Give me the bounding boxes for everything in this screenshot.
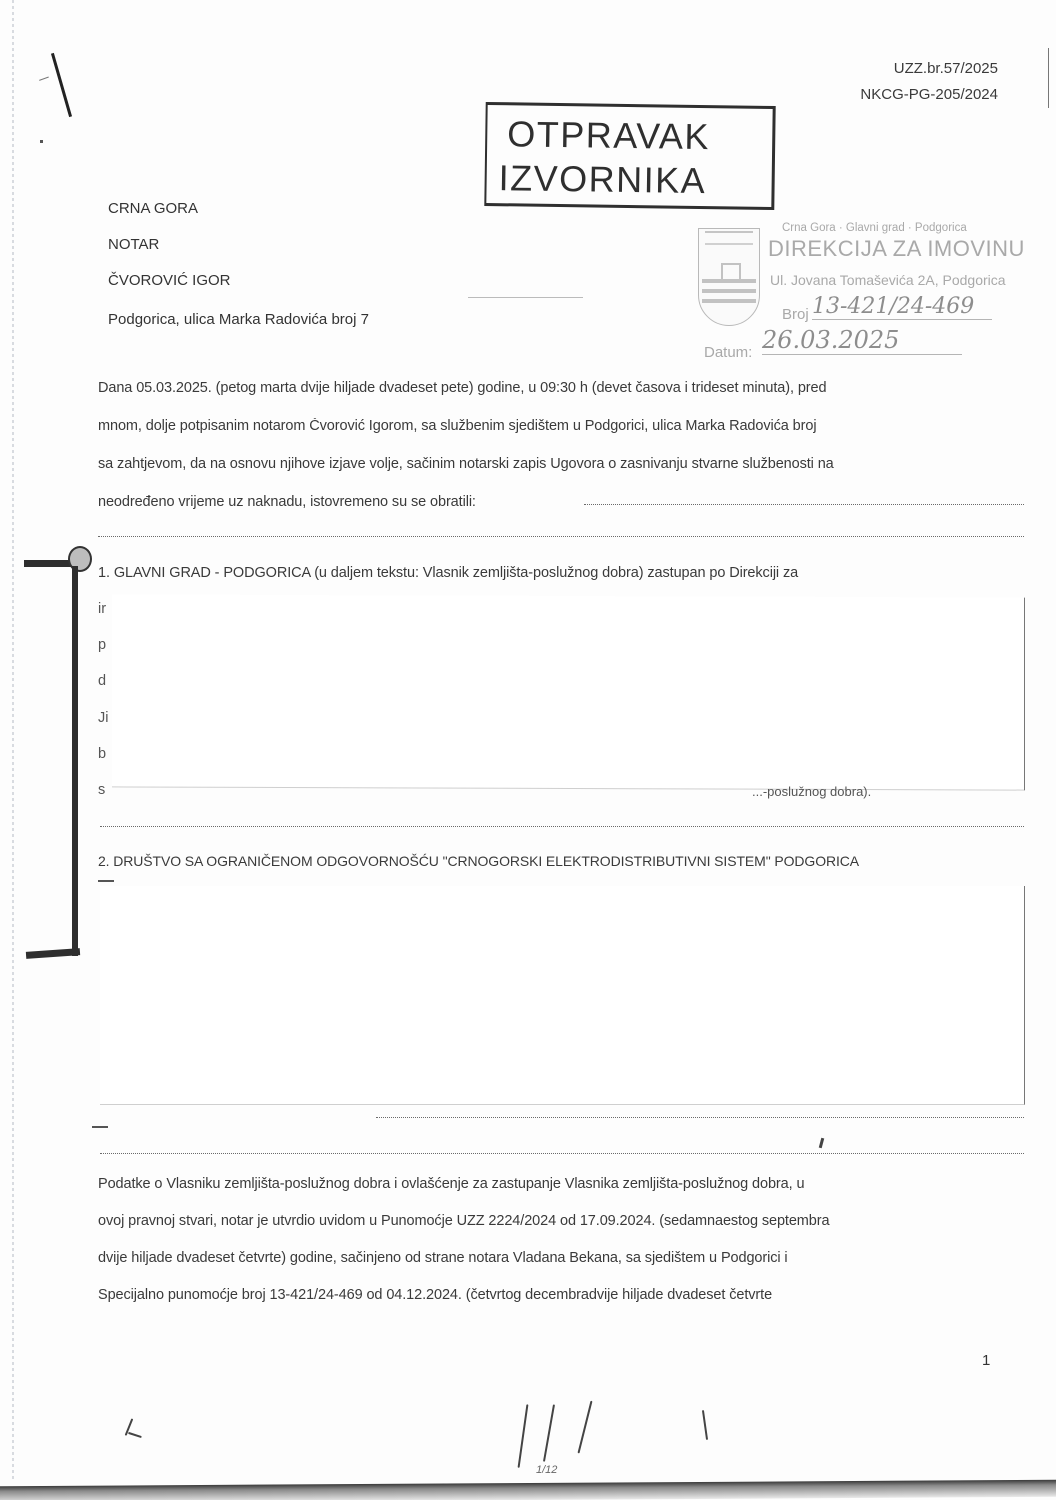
closing-line-4: Specijalno punomoćje broj 13-421/24-469 …	[98, 1287, 1056, 1303]
scan-speck	[40, 140, 43, 143]
intro-line-4: neodređeno vrijeme uz naknadu, istovreme…	[98, 494, 476, 510]
party-2-heading: 2. DRUŠTVO SA OGRANIČENOM ODGOVORNOŠĆU "…	[98, 853, 1056, 869]
receipt-date-label: Datum:	[704, 344, 752, 361]
header-country: CRNA GORA	[108, 200, 198, 217]
header-title: NOTAR	[108, 236, 159, 253]
receipt-number-handwritten: 13-421/24-469	[812, 294, 992, 320]
handwritten-stroke	[51, 53, 72, 117]
dotted-separator	[98, 536, 1024, 537]
page-number: 1	[982, 1352, 990, 1369]
signature-stroke	[543, 1404, 555, 1461]
receipt-date-handwritten: 26.03.2025	[762, 326, 962, 355]
initial-mark	[702, 1410, 708, 1440]
party-1-line-end: ...-poslužnog dobra).	[752, 784, 871, 799]
party-1-line-fragment: Ji	[98, 710, 108, 726]
case-reference: UZZ.br.57/2025	[894, 60, 998, 77]
binder-clip-spine	[72, 566, 78, 956]
binder-clip-top	[24, 560, 72, 567]
binder-clip-bottom	[26, 948, 80, 959]
dash-mark	[98, 880, 114, 882]
dotted-fill	[584, 504, 1024, 505]
signature-stroke	[518, 1404, 528, 1468]
signature-stroke	[577, 1401, 592, 1454]
initial-mark	[128, 1432, 142, 1438]
closing-line-3: dvije hiljade dvadeset četvrte) godine, …	[98, 1250, 1056, 1266]
closing-line-1: Podatke o Vlasniku zemljišta-poslužnog d…	[98, 1176, 1056, 1192]
faint-rule	[468, 297, 583, 298]
closing-line-2: ovoj pravnoj stvari, notar je utvrdio uv…	[98, 1213, 1056, 1229]
file-reference: NKCG-PG-205/2024	[860, 86, 998, 103]
party-1-line-fragment: p	[98, 637, 106, 653]
intro-line-2: mnom, dolje potpisanim notarom Čvorović …	[98, 418, 1056, 434]
dotted-separator	[100, 1153, 1024, 1154]
page-edge	[12, 0, 14, 1480]
party-1-line-fragment: b	[98, 746, 106, 762]
receipt-stamp-institution: DIREKCIJA ZA IMOVINU	[768, 236, 1056, 262]
stamp-line-2: IZVORNIKA	[498, 157, 706, 202]
handwritten-mark	[39, 77, 51, 87]
redacted-area-party-1	[112, 594, 1025, 790]
party-1-heading: 1. GLAVNI GRAD - PODGORICA (u daljem tek…	[98, 565, 1056, 581]
stamp-line-1: OTPRAVAK	[507, 113, 710, 158]
receipt-stamp-subtitle: Crna Gora · Glavni grad · Podgorica	[782, 222, 967, 234]
party-1-line-fragment: ir	[98, 601, 106, 617]
footer-page-mark: 1/12	[536, 1464, 557, 1476]
receipt-number-label: Broj	[782, 306, 809, 323]
right-border-line	[1048, 48, 1049, 108]
party-1-line-fragment: s	[98, 782, 105, 798]
redacted-area-party-2	[100, 886, 1025, 1105]
intro-line-1: Dana 05.03.2025. (petog marta dvije hilj…	[98, 380, 1056, 396]
dash-mark	[92, 1126, 108, 1128]
certification-stamp: OTPRAVAK IZVORNIKA	[484, 102, 775, 210]
intro-line-3: sa zahtjevom, da na osnovu njihove izjav…	[98, 456, 1056, 472]
dotted-separator	[376, 1117, 1024, 1118]
pen-mark	[819, 1138, 824, 1148]
header-notary-name: ČVOROVIĆ IGOR	[108, 272, 231, 289]
party-1-line-fragment: d	[98, 673, 106, 689]
page-bottom-edge	[0, 1480, 1056, 1500]
coat-of-arms-icon	[698, 228, 760, 326]
header-address: Podgorica, ulica Marka Radovića broj 7	[108, 311, 369, 328]
dotted-separator	[100, 826, 1024, 827]
receipt-stamp-address: Ul. Jovana Tomaševića 2A, Podgorica	[770, 272, 1056, 288]
